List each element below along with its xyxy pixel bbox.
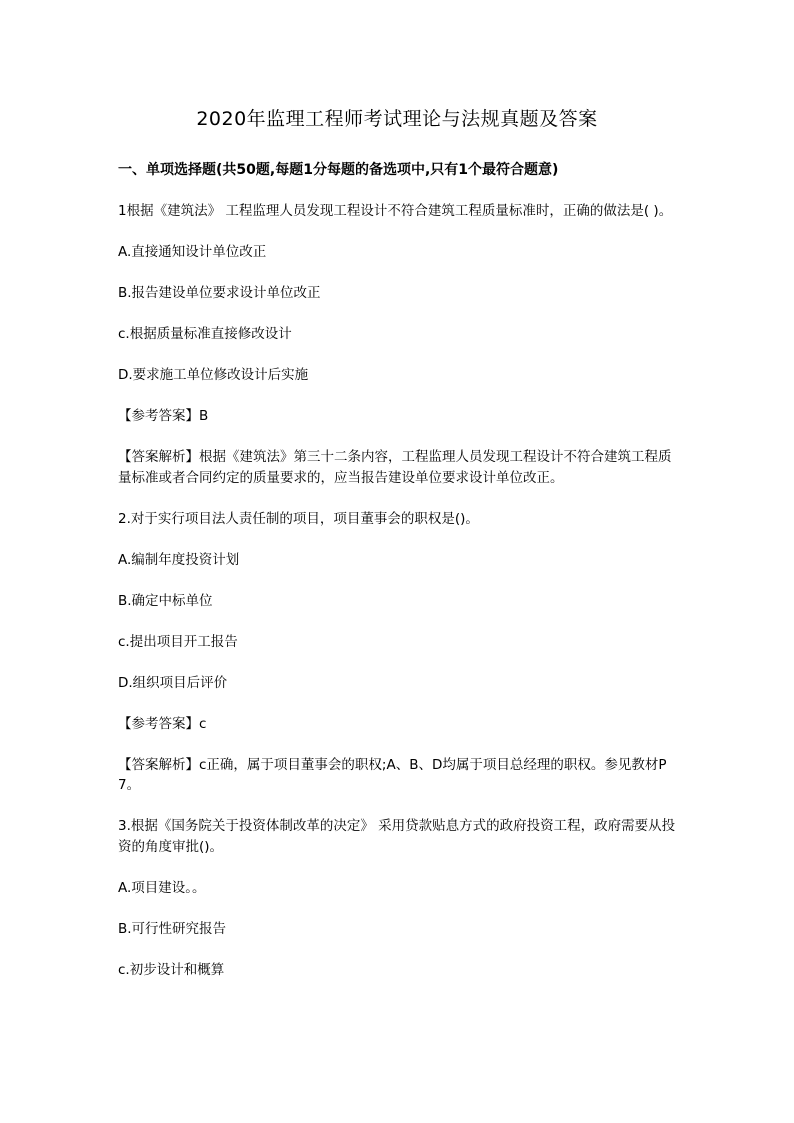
answer-explanation: 【答案解析】根据《建筑法》第三十二条内容，工程监理人员发现工程设计不符合建筑工程… <box>118 447 678 488</box>
document-title: 2020年监理工程师考试理论与法规真题及答案 <box>0 106 794 132</box>
question-1: 1根据《建筑法》 工程监理人员发现工程设计不符合建筑工程质量标准时，正确的做法是… <box>118 201 678 488</box>
option-d: D.组织项目后评价 <box>118 673 678 694</box>
document-body: 一、单项选择题(共50题,每题1分每题的备选项中,只有1个最符合题意) 1根据《… <box>118 160 678 1001</box>
section-heading: 一、单项选择题(共50题,每题1分每题的备选项中,只有1个最符合题意) <box>118 160 678 180</box>
question-3: 3.根据《国务院关于投资体制改革的决定》 采用贷款贴息方式的政府投资工程，政府需… <box>118 816 678 980</box>
question-stem: 1根据《建筑法》 工程监理人员发现工程设计不符合建筑工程质量标准时，正确的做法是… <box>118 201 678 222</box>
question-2: 2.对于实行项目法人责任制的项目，项目董事会的职权是()。 A.编制年度投资计划… <box>118 509 678 796</box>
reference-answer: 【参考答案】c <box>118 714 678 735</box>
document-page: 2020年监理工程师考试理论与法规真题及答案 一、单项选择题(共50题,每题1分… <box>0 0 794 1123</box>
reference-answer: 【参考答案】B <box>118 406 678 427</box>
option-c: c.初步设计和概算 <box>118 960 678 981</box>
answer-explanation: 【答案解析】c正确，属于项目董事会的职权;A、B、D均属于项目总经理的职权。参见… <box>118 755 678 796</box>
option-b: B.可行性研究报告 <box>118 919 678 940</box>
option-c: c.提出项目开工报告 <box>118 632 678 653</box>
question-stem: 3.根据《国务院关于投资体制改革的决定》 采用贷款贴息方式的政府投资工程，政府需… <box>118 816 678 857</box>
option-c: c.根据质量标准直接修改设计 <box>118 324 678 345</box>
option-a: A.直接通知设计单位改正 <box>118 242 678 263</box>
question-stem: 2.对于实行项目法人责任制的项目，项目董事会的职权是()。 <box>118 509 678 530</box>
option-a: A.项目建设。。 <box>118 878 678 899</box>
option-b: B.报告建设单位要求设计单位改正 <box>118 283 678 304</box>
option-d: D.要求施工单位修改设计后实施 <box>118 365 678 386</box>
option-b: B.确定中标单位 <box>118 591 678 612</box>
option-a: A.编制年度投资计划 <box>118 550 678 571</box>
